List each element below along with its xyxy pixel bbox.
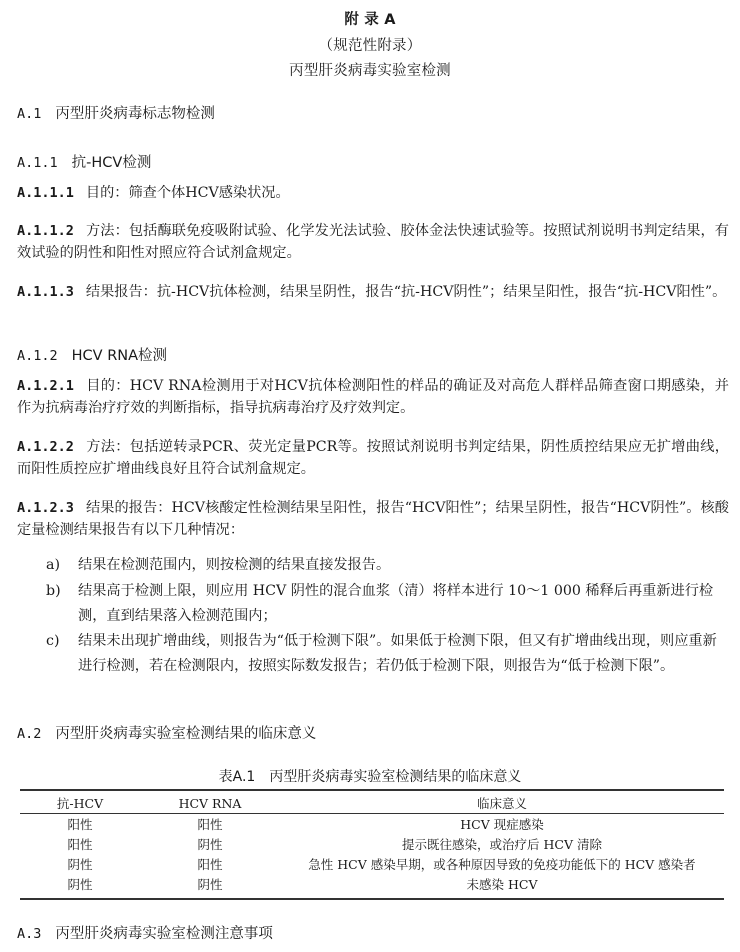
section-title: 丙型肝炎病毒标志物检测 [55, 106, 215, 122]
list-item-c: c) 结果未出现扩增曲线，则报告为“低于检测下限”。如果低于检测下限，但又有扩增… [46, 629, 729, 678]
list-item-a: a) 结果在检测范围内，则按检测的结果直接发报告。 [46, 553, 729, 578]
clause-number: A.1.1.3 [17, 284, 74, 300]
paragraph-a1-1-2: A.1.1.2方法：包括酶联免疫吸附试验、化学发光法试验、胶体金法快速试验等。按… [17, 220, 729, 264]
cell-anti-hcv: 阳性 [20, 814, 140, 834]
section-heading-a1-2: A.1.2HCV RNA检测 [17, 344, 167, 365]
table-top-rule [20, 789, 724, 791]
section-heading-a3: A.3丙型肝炎病毒实验室检测注意事项 [17, 922, 273, 943]
clause-text: 目的：HCV RNA检测用于对HCV抗体检测阳性的样品的确证及对高危人群样品筛查… [17, 378, 729, 416]
clause-text: 方法：包括逆转录PCR、荧光定量PCR等。按照试剂说明书判定结果，阴性质控结果应… [17, 439, 729, 477]
section-number: A.2 [17, 726, 41, 742]
paragraph-a1-1-3: A.1.1.3结果报告：抗-HCV抗体检测，结果呈阴性，报告“抗-HCV阴性”；… [17, 281, 729, 303]
cell-clinical-significance: 急性 HCV 感染早期，或各种原因导致的免疫功能低下的 HCV 感染者 [280, 854, 724, 874]
table-row: 阴性 阴性 未感染 HCV [20, 874, 724, 894]
section-title: HCV RNA检测 [72, 348, 167, 364]
section-heading-a1-1: A.1.1抗-HCV检测 [17, 151, 151, 172]
section-title: 丙型肝炎病毒实验室检测注意事项 [55, 926, 273, 942]
paragraph-a1-2-2: A.1.2.2方法：包括逆转录PCR、荧光定量PCR等。按照试剂说明书判定结果，… [17, 436, 729, 480]
clause-number: A.1.1.2 [17, 223, 74, 239]
table-row: 阴性 阳性 急性 HCV 感染早期，或各种原因导致的免疫功能低下的 HCV 感染… [20, 854, 724, 874]
column-header-clinical-significance: 临床意义 [280, 792, 724, 814]
appendix-type: （规范性附录） [0, 34, 740, 55]
section-number: A.3 [17, 926, 41, 942]
section-title: 抗-HCV检测 [72, 155, 152, 171]
clause-number: A.1.2.3 [17, 500, 74, 516]
clause-text: 方法：包括酶联免疫吸附试验、化学发光法试验、胶体金法快速试验等。按照试剂说明书判… [17, 223, 729, 261]
column-header-hcv-rna: HCV RNA [140, 792, 280, 814]
cell-hcv-rna: 阴性 [140, 834, 280, 854]
cell-anti-hcv: 阳性 [20, 834, 140, 854]
list-item-text: 结果未出现扩增曲线，则报告为“低于检测下限”。如果低于检测下限，但又有扩增曲线出… [78, 629, 729, 678]
section-number: A.1 [17, 106, 41, 122]
section-heading-a2: A.2丙型肝炎病毒实验室检测结果的临床意义 [17, 722, 316, 743]
clause-text: 结果报告：抗-HCV抗体检测，结果呈阴性，报告“抗-HCV阴性”；结果呈阳性，报… [86, 284, 726, 300]
document-title: 丙型肝炎病毒实验室检测 [0, 59, 740, 80]
table-caption: 表A.1 丙型肝炎病毒实验室检测结果的临床意义 [0, 766, 740, 786]
list-item-text: 结果高于检测上限，则应用 HCV 阴性的混合血浆（清）将样本进行 10～1 00… [78, 579, 729, 628]
section-heading-a1: A.1丙型肝炎病毒标志物检测 [17, 102, 215, 123]
list-item-b: b) 结果高于检测上限，则应用 HCV 阴性的混合血浆（清）将样本进行 10～1… [46, 579, 729, 628]
cell-clinical-significance: 未感染 HCV [280, 874, 724, 894]
cell-anti-hcv: 阴性 [20, 874, 140, 894]
clinical-significance-table: 抗-HCV HCV RNA 临床意义 阳性 阳性 HCV 现症感染 阳性 阴性 … [20, 792, 724, 894]
table-header-row: 抗-HCV HCV RNA 临床意义 [20, 792, 724, 814]
table-row: 阳性 阳性 HCV 现症感染 [20, 814, 724, 834]
list-item-label: a) [46, 553, 60, 578]
list-item-label: c) [46, 629, 59, 654]
paragraph-a1-2-1: A.1.2.1目的：HCV RNA检测用于对HCV抗体检测阳性的样品的确证及对高… [17, 375, 729, 419]
clause-number: A.1.2.2 [17, 439, 74, 455]
cell-hcv-rna: 阴性 [140, 874, 280, 894]
cell-anti-hcv: 阴性 [20, 854, 140, 874]
column-header-anti-hcv: 抗-HCV [20, 792, 140, 814]
section-number: A.1.2 [17, 348, 58, 364]
list-item-text: 结果在检测范围内，则按检测的结果直接发报告。 [78, 553, 729, 578]
cell-hcv-rna: 阳性 [140, 854, 280, 874]
clause-number: A.1.1.1 [17, 185, 74, 201]
paragraph-a1-2-3: A.1.2.3结果的报告：HCV核酸定性检测结果呈阳性，报告“HCV阳性”；结果… [17, 497, 729, 541]
appendix-label: 附 录 A [0, 8, 740, 29]
table-row: 阳性 阴性 提示既往感染，或治疗后 HCV 清除 [20, 834, 724, 854]
section-number: A.1.1 [17, 155, 58, 171]
section-title: 丙型肝炎病毒实验室检测结果的临床意义 [55, 726, 316, 742]
table-bottom-rule [20, 898, 724, 900]
paragraph-a1-1-1: A.1.1.1目的：筛查个体HCV感染状况。 [17, 182, 729, 204]
cell-clinical-significance: HCV 现症感染 [280, 814, 724, 834]
clause-text: 结果的报告：HCV核酸定性检测结果呈阳性，报告“HCV阳性”；结果呈阴性，报告“… [17, 500, 729, 538]
cell-clinical-significance: 提示既往感染，或治疗后 HCV 清除 [280, 834, 724, 854]
cell-hcv-rna: 阳性 [140, 814, 280, 834]
list-item-label: b) [46, 579, 61, 604]
clause-number: A.1.2.1 [17, 378, 74, 394]
clause-text: 目的：筛查个体HCV感染状况。 [86, 185, 290, 201]
